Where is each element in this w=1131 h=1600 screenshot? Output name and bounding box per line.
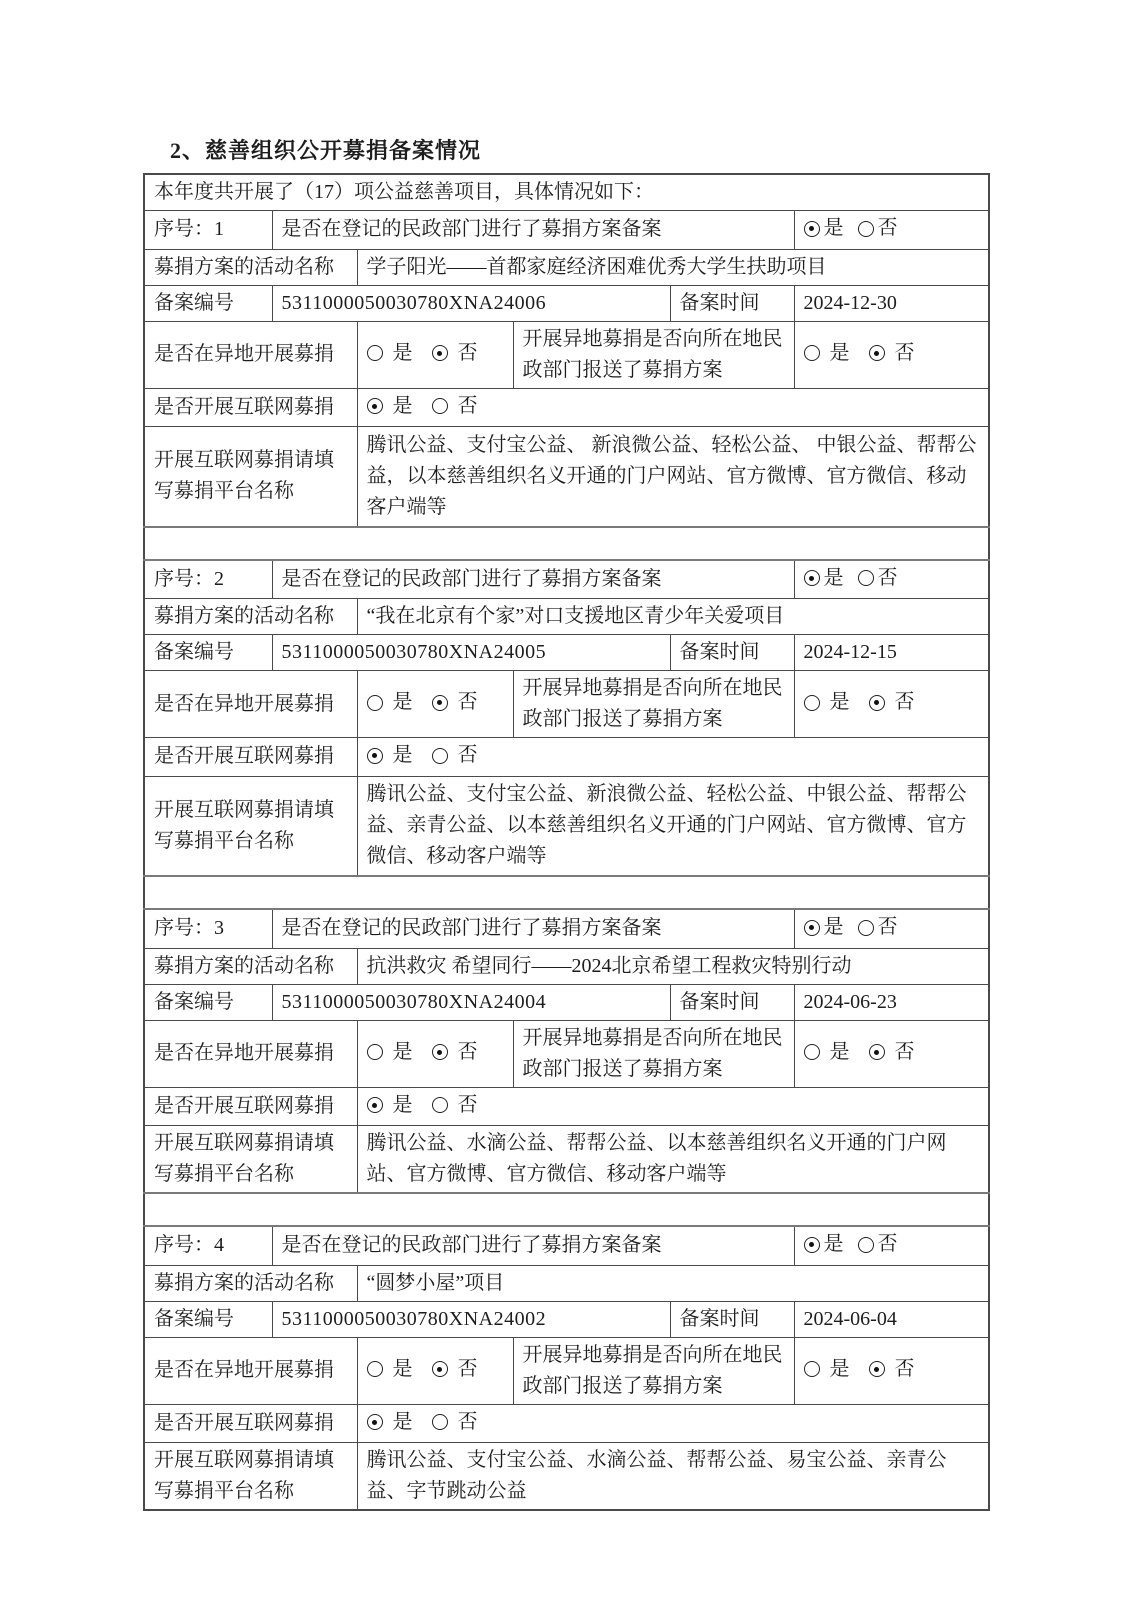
filing-date-value: 2024-12-15 xyxy=(794,635,989,671)
radio-no-label: 否 xyxy=(458,740,478,771)
radio-no-icon[interactable] xyxy=(432,1044,448,1060)
radio-yes-icon[interactable] xyxy=(367,1361,383,1377)
radio-yes-icon[interactable] xyxy=(804,1237,820,1253)
offsite-radio-group: 是 否 xyxy=(367,1037,478,1068)
section-spacer xyxy=(144,876,989,909)
activity-name-label: 募捐方案的活动名称 xyxy=(144,1265,357,1301)
filing-date-label: 备案时间 xyxy=(670,635,794,671)
platform-label: 开展互联网募捐请填写募捐平台名称 xyxy=(144,776,357,876)
radio-no-label: 否 xyxy=(878,563,898,594)
radio-no-label: 否 xyxy=(458,1090,478,1121)
table-intro: 本年度共开展了（17）项公益慈善项目，具体情况如下： xyxy=(144,174,989,211)
radio-no-icon[interactable] xyxy=(858,221,874,237)
radio-no-icon[interactable] xyxy=(869,1044,885,1060)
radio-yes-label: 是 xyxy=(830,1354,850,1385)
radio-yes-icon[interactable] xyxy=(804,1361,820,1377)
spacer-row xyxy=(144,876,989,909)
platform-value: 腾讯公益、支付宝公益、 新浪微公益、轻松公益、 中银公益、帮帮公益，以本慈善组织… xyxy=(357,427,989,527)
offsite-report-radio-cell: 是 否 xyxy=(794,1020,989,1087)
radio-yes-label: 是 xyxy=(393,1037,413,1068)
activity-name-value: “我在北京有个家”对口支援地区青少年关爱项目 xyxy=(357,599,989,635)
radio-yes-icon[interactable] xyxy=(804,570,820,586)
radio-no-label: 否 xyxy=(895,338,915,369)
radio-yes-label: 是 xyxy=(393,740,413,771)
radio-yes-label: 是 xyxy=(830,687,850,718)
offsite-radio-cell: 是 否 xyxy=(357,321,513,388)
radio-no-icon[interactable] xyxy=(858,1237,874,1253)
registered-question: 是否在登记的民政部门进行了募捐方案备案 xyxy=(272,1226,794,1265)
page-title: 2、慈善组织公开募捐备案情况 xyxy=(170,134,481,165)
radio-yes-icon[interactable] xyxy=(804,345,820,361)
activity-name-value: 抗洪救灾 希望同行——2024北京希望工程救灾特别行动 xyxy=(357,948,989,984)
platform-label: 开展互联网募捐请填写募捐平台名称 xyxy=(144,427,357,527)
offsite-question: 是否在异地开展募捐 xyxy=(144,1337,357,1404)
radio-no-label: 否 xyxy=(878,213,898,244)
internet-radio-group: 是 否 xyxy=(367,740,478,771)
section-spacer xyxy=(144,1193,989,1226)
filing-section-4: 序号：4 是否在登记的民政部门进行了募捐方案备案 是 否 募捐方案的活动名称 “… xyxy=(144,1226,989,1510)
filing-section-2: 序号：2 是否在登记的民政部门进行了募捐方案备案 是 否 募捐方案的活动名称 “… xyxy=(144,560,989,877)
radio-yes-icon[interactable] xyxy=(804,695,820,711)
radio-no-icon[interactable] xyxy=(432,1097,448,1113)
internet-radio-cell: 是 否 xyxy=(357,1087,989,1126)
offsite-radio-cell: 是 否 xyxy=(357,671,513,738)
registered-radio-cell: 是 否 xyxy=(794,909,989,948)
radio-yes-icon[interactable] xyxy=(367,695,383,711)
radio-no-icon[interactable] xyxy=(432,748,448,764)
registered-radio-group: 是 否 xyxy=(804,563,898,594)
filing-no-label: 备案编号 xyxy=(144,1301,272,1337)
filing-no-value: 5311000050030780XNA24005 xyxy=(272,635,670,671)
radio-no-icon[interactable] xyxy=(432,1361,448,1377)
platform-value: 腾讯公益、支付宝公益、水滴公益、帮帮公益、易宝公益、亲青公益、字节跳动公益 xyxy=(357,1443,989,1511)
radio-yes-label: 是 xyxy=(393,687,413,718)
offsite-radio-cell: 是 否 xyxy=(357,1337,513,1404)
seq-cell: 序号：3 xyxy=(144,909,272,948)
offsite-report-question: 开展异地募捐是否向所在地民政部门报送了募捐方案 xyxy=(513,1337,794,1404)
offsite-report-radio-cell: 是 否 xyxy=(794,321,989,388)
filing-no-value: 5311000050030780XNA24002 xyxy=(272,1301,670,1337)
offsite-report-radio-cell: 是 否 xyxy=(794,671,989,738)
offsite-report-radio-group: 是 否 xyxy=(804,338,915,369)
filing-date-label: 备案时间 xyxy=(670,1301,794,1337)
radio-yes-icon[interactable] xyxy=(367,1044,383,1060)
registered-radio-group: 是 否 xyxy=(804,1229,898,1260)
radio-yes-label: 是 xyxy=(824,563,844,594)
registered-radio-cell: 是 否 xyxy=(794,211,989,250)
radio-yes-label: 是 xyxy=(824,1229,844,1260)
platform-value: 腾讯公益、支付宝公益、新浪微公益、轻松公益、中银公益、帮帮公益、亲青公益、以本慈… xyxy=(357,776,989,876)
radio-no-icon[interactable] xyxy=(432,345,448,361)
internet-radio-cell: 是 否 xyxy=(357,388,989,427)
radio-no-label: 否 xyxy=(895,1354,915,1385)
radio-no-label: 否 xyxy=(458,1037,478,1068)
radio-yes-icon[interactable] xyxy=(367,345,383,361)
offsite-report-radio-group: 是 否 xyxy=(804,1354,915,1385)
radio-no-icon[interactable] xyxy=(432,398,448,414)
registered-radio-cell: 是 否 xyxy=(794,560,989,599)
offsite-question: 是否在异地开展募捐 xyxy=(144,671,357,738)
internet-question: 是否开展互联网募捐 xyxy=(144,1404,357,1443)
filing-section-3: 序号：3 是否在登记的民政部门进行了募捐方案备案 是 否 募捐方案的活动名称 抗… xyxy=(144,909,989,1193)
spacer-row xyxy=(144,527,989,560)
radio-yes-label: 是 xyxy=(393,338,413,369)
radio-no-label: 否 xyxy=(895,1037,915,1068)
filing-date-label: 备案时间 xyxy=(670,285,794,321)
radio-yes-icon[interactable] xyxy=(367,398,383,414)
offsite-report-question: 开展异地募捐是否向所在地民政部门报送了募捐方案 xyxy=(513,321,794,388)
filing-date-value: 2024-06-04 xyxy=(794,1301,989,1337)
section-spacer xyxy=(144,527,989,560)
platform-label: 开展互联网募捐请填写募捐平台名称 xyxy=(144,1443,357,1511)
radio-no-label: 否 xyxy=(458,391,478,422)
radio-yes-icon[interactable] xyxy=(367,748,383,764)
radio-yes-label: 是 xyxy=(393,391,413,422)
internet-radio-group: 是 否 xyxy=(367,1407,478,1438)
seq-cell: 序号：4 xyxy=(144,1226,272,1265)
registered-question: 是否在登记的民政部门进行了募捐方案备案 xyxy=(272,909,794,948)
filing-no-label: 备案编号 xyxy=(144,635,272,671)
filing-date-label: 备案时间 xyxy=(670,984,794,1020)
spacer-row xyxy=(144,1193,989,1226)
radio-yes-label: 是 xyxy=(824,912,844,943)
filing-no-label: 备案编号 xyxy=(144,984,272,1020)
radio-no-label: 否 xyxy=(458,1407,478,1438)
activity-name-label: 募捐方案的活动名称 xyxy=(144,249,357,285)
registered-radio-group: 是 否 xyxy=(804,912,898,943)
activity-name-label: 募捐方案的活动名称 xyxy=(144,599,357,635)
registered-question: 是否在登记的民政部门进行了募捐方案备案 xyxy=(272,560,794,599)
offsite-report-radio-cell: 是 否 xyxy=(794,1337,989,1404)
internet-radio-cell: 是 否 xyxy=(357,1404,989,1443)
filing-section-1: 序号：1 是否在登记的民政部门进行了募捐方案备案 是 否 募捐方案的活动名称 学… xyxy=(144,211,989,527)
radio-yes-label: 是 xyxy=(393,1354,413,1385)
radio-yes-icon[interactable] xyxy=(804,1044,820,1060)
radio-no-icon[interactable] xyxy=(858,570,874,586)
internet-question: 是否开展互联网募捐 xyxy=(144,388,357,427)
offsite-radio-group: 是 否 xyxy=(367,687,478,718)
offsite-radio-cell: 是 否 xyxy=(357,1020,513,1087)
fundraising-filing-table: 本年度共开展了（17）项公益慈善项目，具体情况如下： 序号：1 是否在登记的民政… xyxy=(143,173,990,1511)
internet-question: 是否开展互联网募捐 xyxy=(144,1087,357,1126)
internet-question: 是否开展互联网募捐 xyxy=(144,738,357,777)
seq-cell: 序号：1 xyxy=(144,211,272,250)
filing-no-label: 备案编号 xyxy=(144,285,272,321)
radio-yes-icon[interactable] xyxy=(804,920,820,936)
radio-yes-icon[interactable] xyxy=(367,1414,383,1430)
radio-no-icon[interactable] xyxy=(869,1361,885,1377)
filing-date-value: 2024-12-30 xyxy=(794,285,989,321)
radio-yes-label: 是 xyxy=(393,1090,413,1121)
platform-value: 腾讯公益、水滴公益、帮帮公益、以本慈善组织名义开通的门户网站、官方微博、官方微信… xyxy=(357,1126,989,1194)
offsite-question: 是否在异地开展募捐 xyxy=(144,321,357,388)
filing-no-value: 5311000050030780XNA24006 xyxy=(272,285,670,321)
radio-no-icon[interactable] xyxy=(432,695,448,711)
radio-no-icon[interactable] xyxy=(858,920,874,936)
internet-radio-group: 是 否 xyxy=(367,1090,478,1121)
radio-yes-label: 是 xyxy=(824,213,844,244)
filing-no-value: 5311000050030780XNA24004 xyxy=(272,984,670,1020)
radio-yes-label: 是 xyxy=(830,338,850,369)
offsite-report-question: 开展异地募捐是否向所在地民政部门报送了募捐方案 xyxy=(513,1020,794,1087)
offsite-report-radio-group: 是 否 xyxy=(804,687,915,718)
radio-yes-label: 是 xyxy=(393,1407,413,1438)
offsite-report-question: 开展异地募捐是否向所在地民政部门报送了募捐方案 xyxy=(513,671,794,738)
offsite-radio-group: 是 否 xyxy=(367,338,478,369)
activity-name-value: 学子阳光——首都家庭经济困难优秀大学生扶助项目 xyxy=(357,249,989,285)
radio-no-label: 否 xyxy=(878,912,898,943)
activity-name-label: 募捐方案的活动名称 xyxy=(144,948,357,984)
radio-no-icon[interactable] xyxy=(432,1414,448,1430)
offsite-report-radio-group: 是 否 xyxy=(804,1037,915,1068)
intro-text: 本年度共开展了（17）项公益慈善项目，具体情况如下： xyxy=(144,174,989,211)
radio-no-label: 否 xyxy=(458,687,478,718)
radio-no-label: 否 xyxy=(458,338,478,369)
offsite-radio-group: 是 否 xyxy=(367,1354,478,1385)
internet-radio-cell: 是 否 xyxy=(357,738,989,777)
registered-question: 是否在登记的民政部门进行了募捐方案备案 xyxy=(272,211,794,250)
activity-name-value: “圆梦小屋”项目 xyxy=(357,1265,989,1301)
radio-no-label: 否 xyxy=(895,687,915,718)
radio-no-icon[interactable] xyxy=(869,695,885,711)
radio-yes-icon[interactable] xyxy=(804,221,820,237)
internet-radio-group: 是 否 xyxy=(367,391,478,422)
registered-radio-group: 是 否 xyxy=(804,213,898,244)
filing-date-value: 2024-06-23 xyxy=(794,984,989,1020)
radio-yes-label: 是 xyxy=(830,1037,850,1068)
radio-no-label: 否 xyxy=(878,1229,898,1260)
radio-no-icon[interactable] xyxy=(869,345,885,361)
seq-cell: 序号：2 xyxy=(144,560,272,599)
offsite-question: 是否在异地开展募捐 xyxy=(144,1020,357,1087)
registered-radio-cell: 是 否 xyxy=(794,1226,989,1265)
radio-yes-icon[interactable] xyxy=(367,1097,383,1113)
radio-no-label: 否 xyxy=(458,1354,478,1385)
platform-label: 开展互联网募捐请填写募捐平台名称 xyxy=(144,1126,357,1194)
